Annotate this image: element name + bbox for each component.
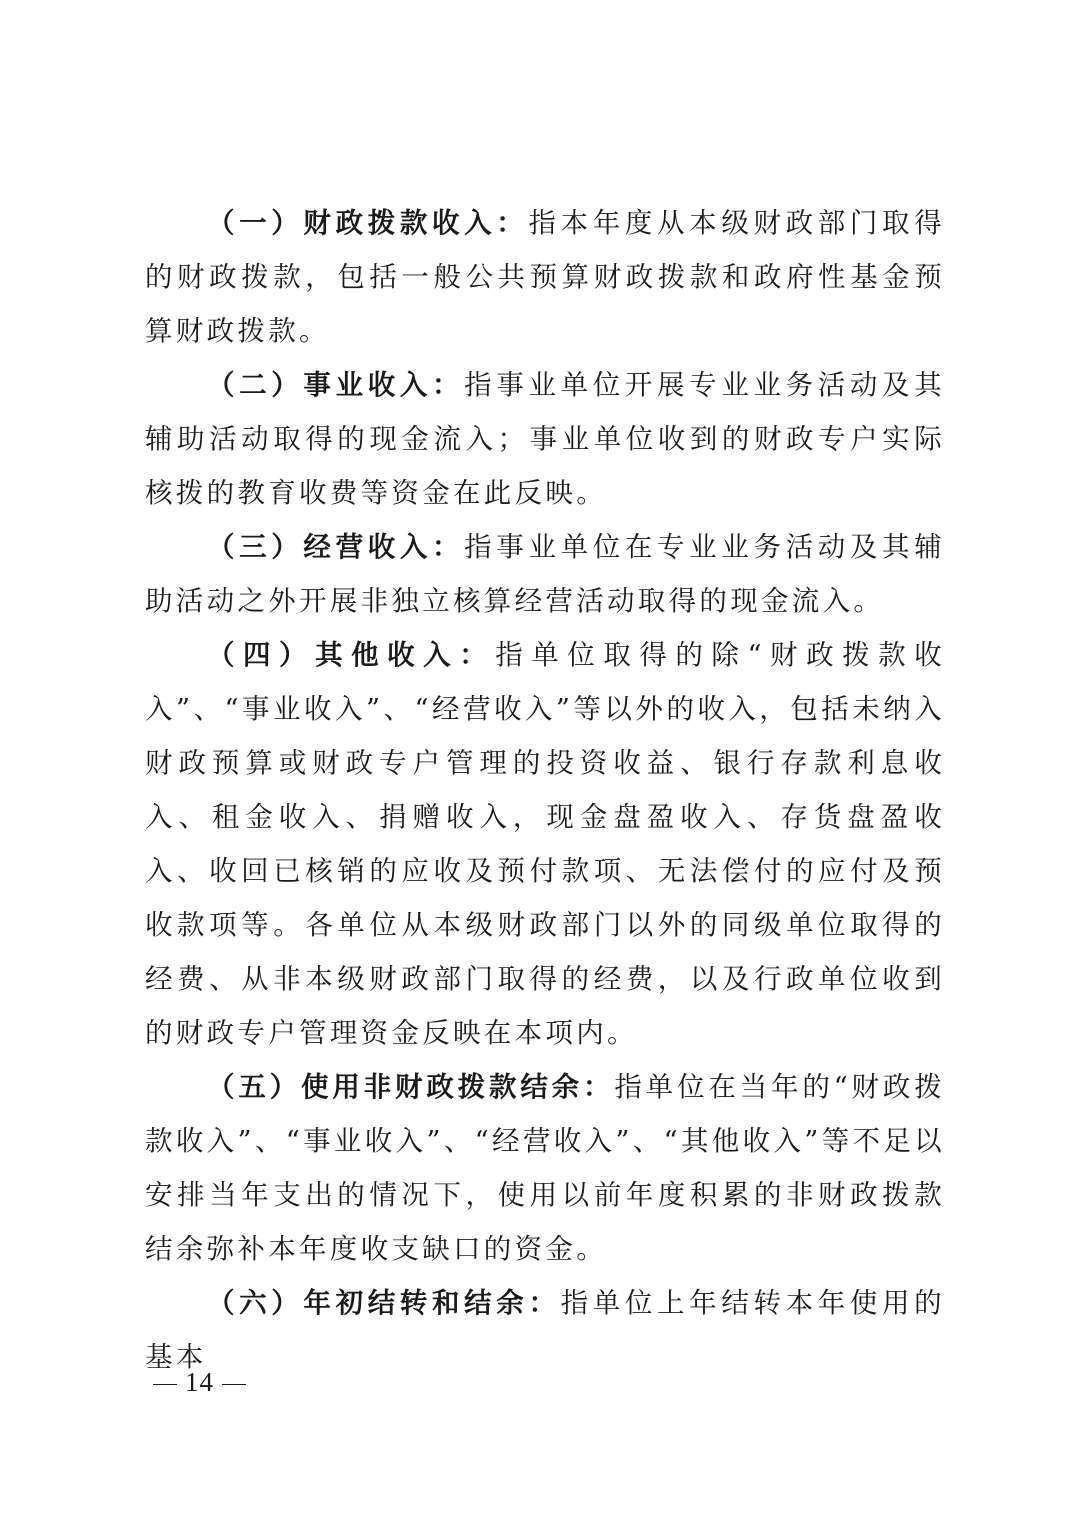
paragraph-other-income: （四）其他收入：指单位取得的除“财政拨款收入”、“事业收入”、“经营收入”等以外…: [145, 628, 945, 1060]
dash-left: [153, 1384, 177, 1385]
paragraph-heading: （四）其他收入：: [207, 639, 495, 671]
paragraph-fiscal-appropriation-income: （一）财政拨款收入：指本年度从本级财政部门取得的财政拨款，包括一般公共预算财政拨…: [145, 196, 945, 358]
paragraph-non-fiscal-balance-usage: （五）使用非财政拨款结余：指单位在当年的“财政拨款收入”、“事业收入”、“经营收…: [145, 1060, 945, 1276]
paragraph-heading: （五）使用非财政拨款结余：: [207, 1071, 614, 1103]
page-number: 14: [145, 1367, 254, 1398]
paragraph-heading: （一）财政拨款收入：: [207, 207, 528, 239]
paragraph-heading: （三）经营收入：: [207, 531, 464, 563]
page-number-value: 14: [185, 1367, 214, 1397]
dash-right: [222, 1384, 246, 1385]
paragraph-heading: （六）年初结转和结余：: [207, 1287, 561, 1319]
paragraph-operating-income: （三）经营收入：指事业单位在专业业务活动及其辅助活动之外开展非独立核算经营活动取…: [145, 520, 945, 628]
paragraph-business-income: （二）事业收入：指事业单位开展专业业务活动及其辅助活动取得的现金流入；事业单位收…: [145, 358, 945, 520]
paragraph-body: 指单位取得的除“财政拨款收入”、“事业收入”、“经营收入”等以外的收入，包括未纳…: [145, 639, 945, 1049]
paragraph-heading: （二）事业收入：: [207, 369, 464, 401]
paragraph-carryover-balance: （六）年初结转和结余：指单位上年结转本年使用的基本: [145, 1276, 945, 1384]
document-page: （一）财政拨款收入：指本年度从本级财政部门取得的财政拨款，包括一般公共预算财政拨…: [145, 196, 945, 1384]
